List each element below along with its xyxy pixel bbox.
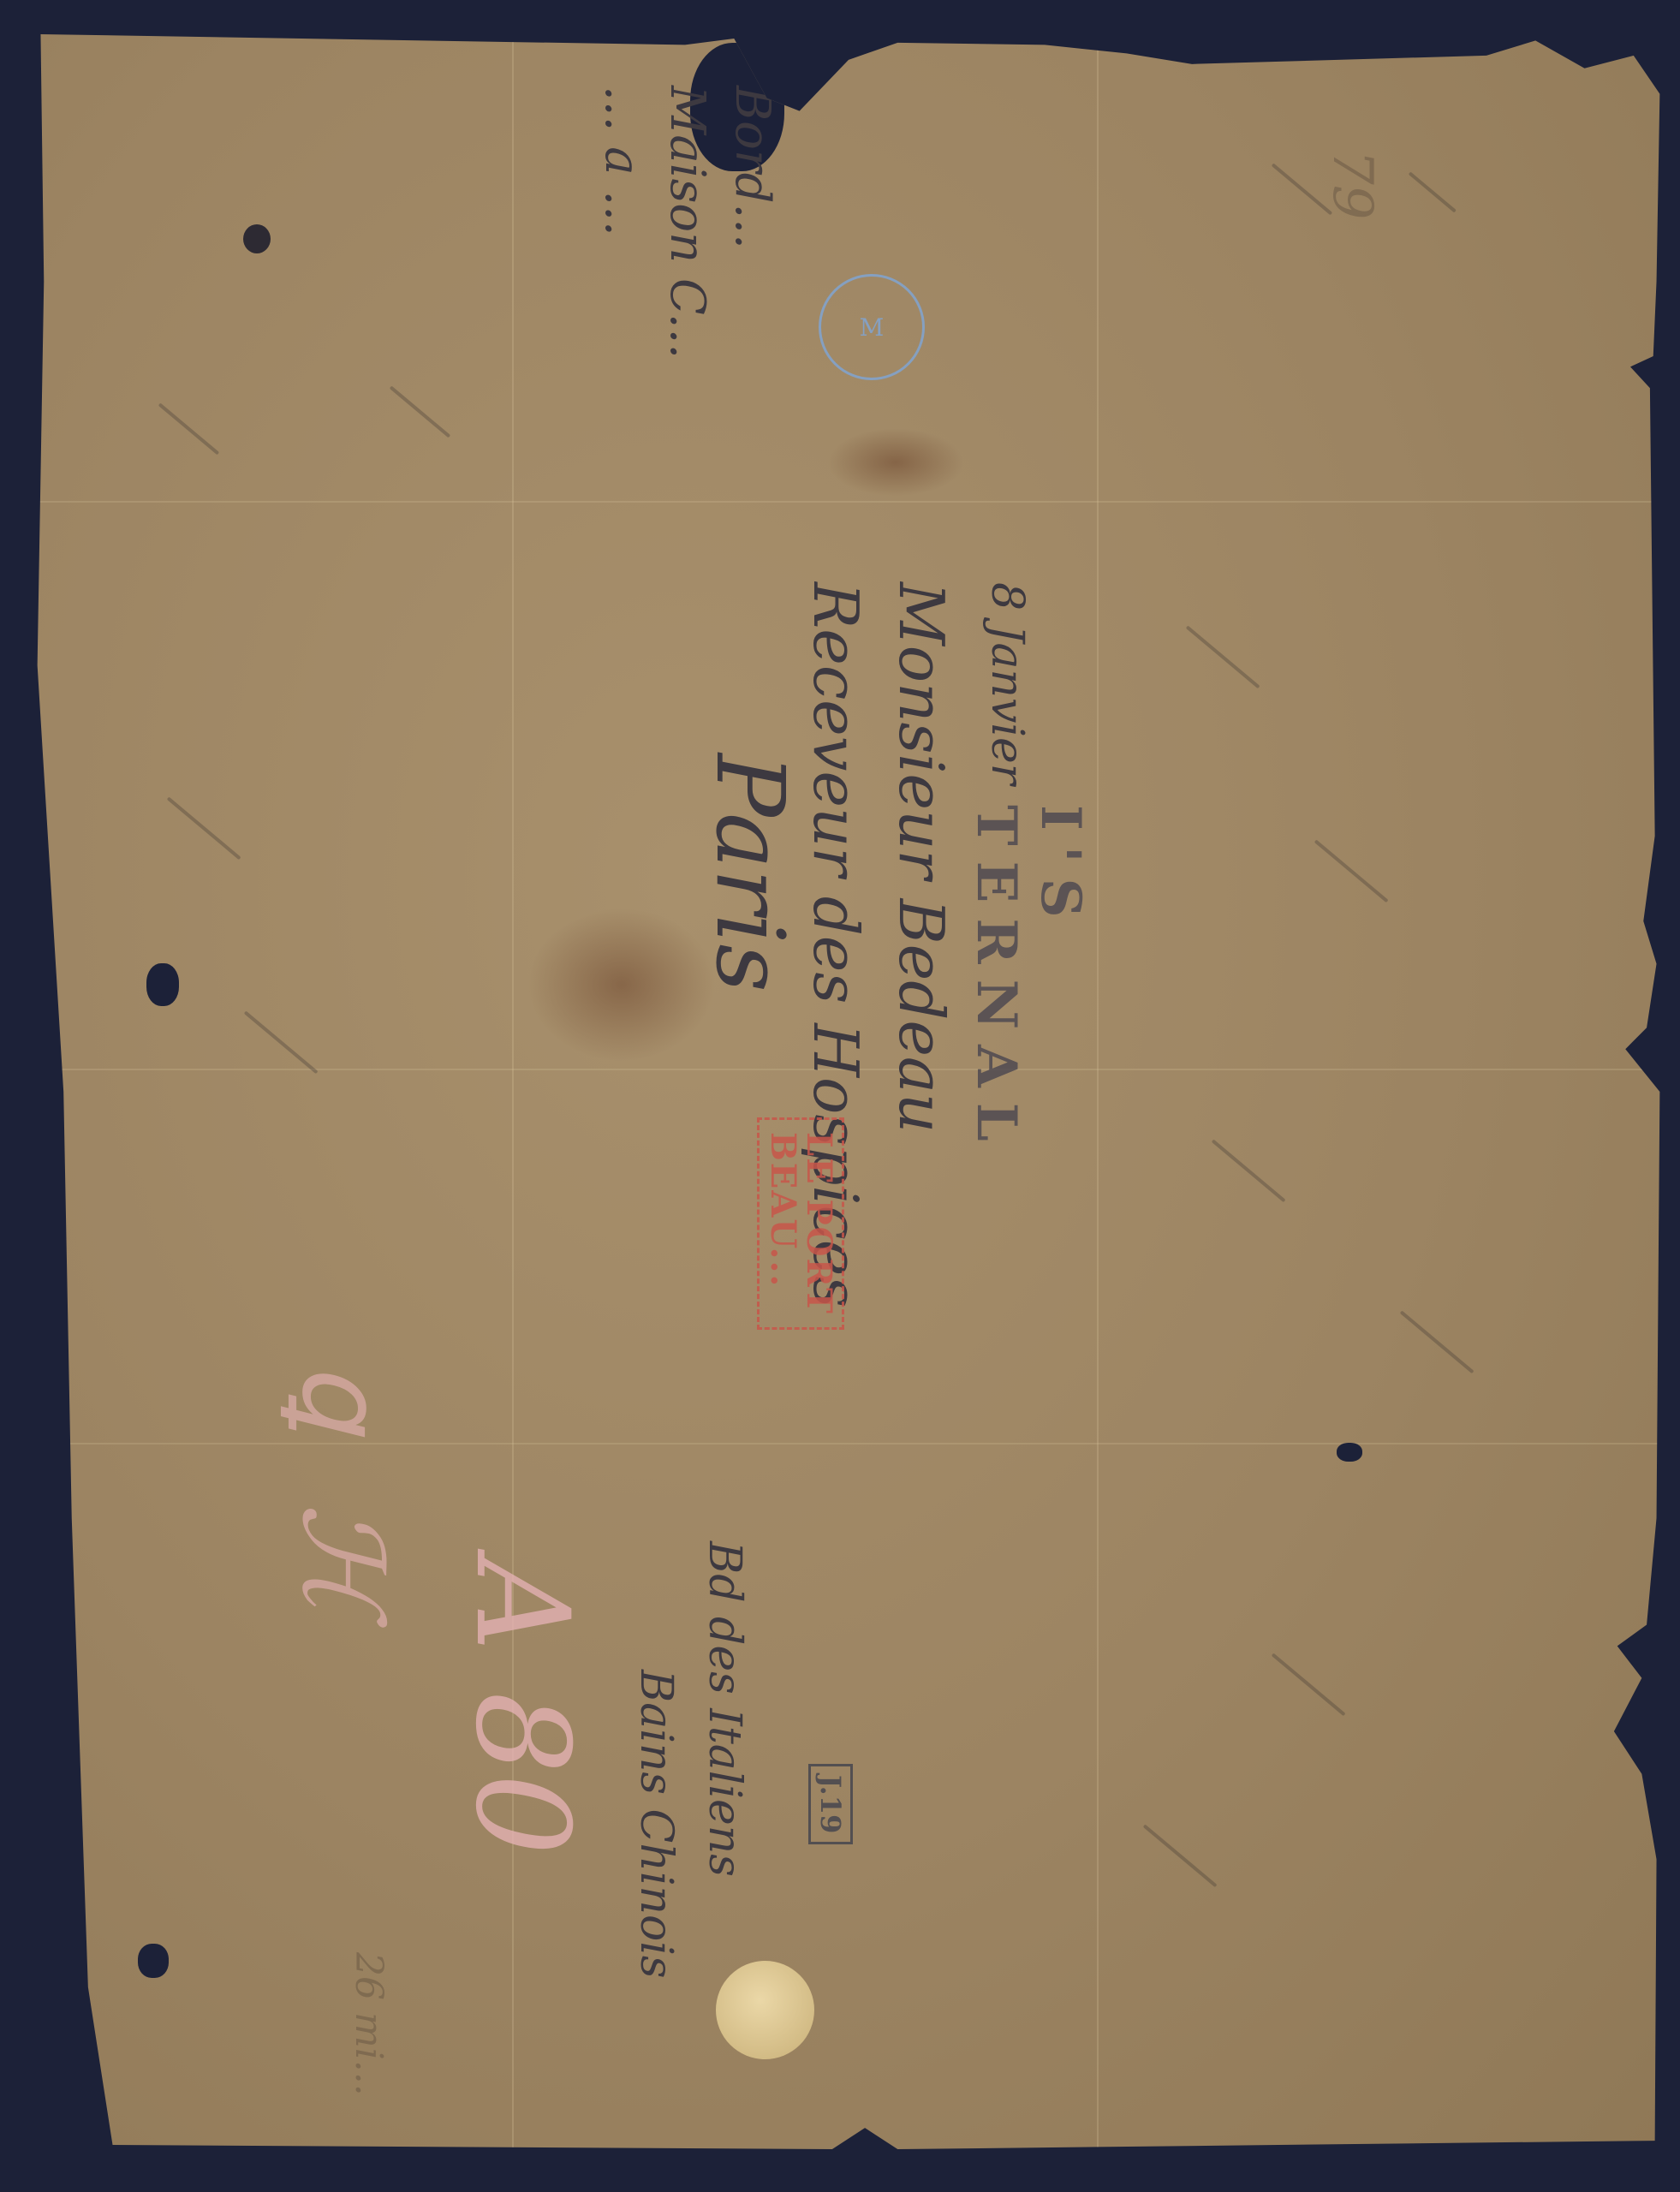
paper-hole (138, 1944, 169, 1978)
fragment-line: ... a ... (589, 86, 654, 359)
bleed-through-ink (167, 796, 241, 860)
fold-line (31, 501, 1666, 503)
box-stamp-text: J.19 (814, 1775, 847, 1833)
bleed-through-ink (158, 402, 220, 455)
bleed-through-ink (1143, 1824, 1218, 1887)
bottom-left-note: 26 mi... (347, 1952, 390, 2096)
chalk-text: A 80 (447, 1558, 596, 1855)
address-recipient: Monsieur Bedeau (879, 582, 964, 1307)
corner-note: 79 (1320, 150, 1384, 219)
black-transit-stamp: I'S TERNAL (964, 805, 1093, 1379)
lower-note: Bd des Italiens Bains Chinois (622, 1507, 759, 1979)
number-box-stamp: J.19 (808, 1764, 853, 1844)
stamp-line: LE PORT (801, 1132, 837, 1315)
note-line: Bains Chinois (622, 1507, 690, 1979)
wax-seal-remnant (716, 1961, 814, 2059)
ink-blot (243, 224, 271, 253)
bleed-through-ink (1186, 625, 1260, 688)
postmark-text: M (860, 313, 885, 342)
fragment-line: Maison C... (654, 86, 719, 359)
top-address-fragment: Bord... Maison C... ... a ... (589, 86, 784, 359)
bleed-through-ink (244, 1010, 319, 1074)
letter-paper: M Bord... Maison C... ... a ... 8 Janvie… (31, 26, 1666, 2158)
paper-hole (1337, 1443, 1362, 1462)
bleed-through-ink (1400, 1310, 1474, 1373)
fragment-line: Bord... (719, 86, 784, 359)
note-line: Bd des Italiens (690, 1507, 759, 1979)
brown-smudge (827, 428, 964, 497)
brown-smudge (527, 908, 716, 1062)
fold-line (1097, 26, 1099, 2158)
bleed-through-ink (1272, 1653, 1346, 1716)
bleed-through-ink (1409, 171, 1457, 212)
bleed-through-ink (390, 385, 451, 438)
red-port-stamp: LE PORT BEAU... (757, 1117, 844, 1330)
pink-chalk-scribble: ꝗ ℋ (277, 1361, 408, 1613)
bleed-through-ink (1314, 839, 1389, 902)
blue-postmark-stamp: M (819, 274, 925, 380)
stamp-text-bottom: TERNAL (964, 805, 1028, 1157)
stamp-text-top: I'S (1028, 805, 1093, 933)
fold-line (31, 1443, 1666, 1444)
bleed-through-ink (1212, 1139, 1286, 1202)
paper-hole (146, 963, 179, 1006)
stamp-line: BEAU... (765, 1132, 801, 1315)
pink-chalk-mark: A 80 (447, 1558, 596, 1855)
